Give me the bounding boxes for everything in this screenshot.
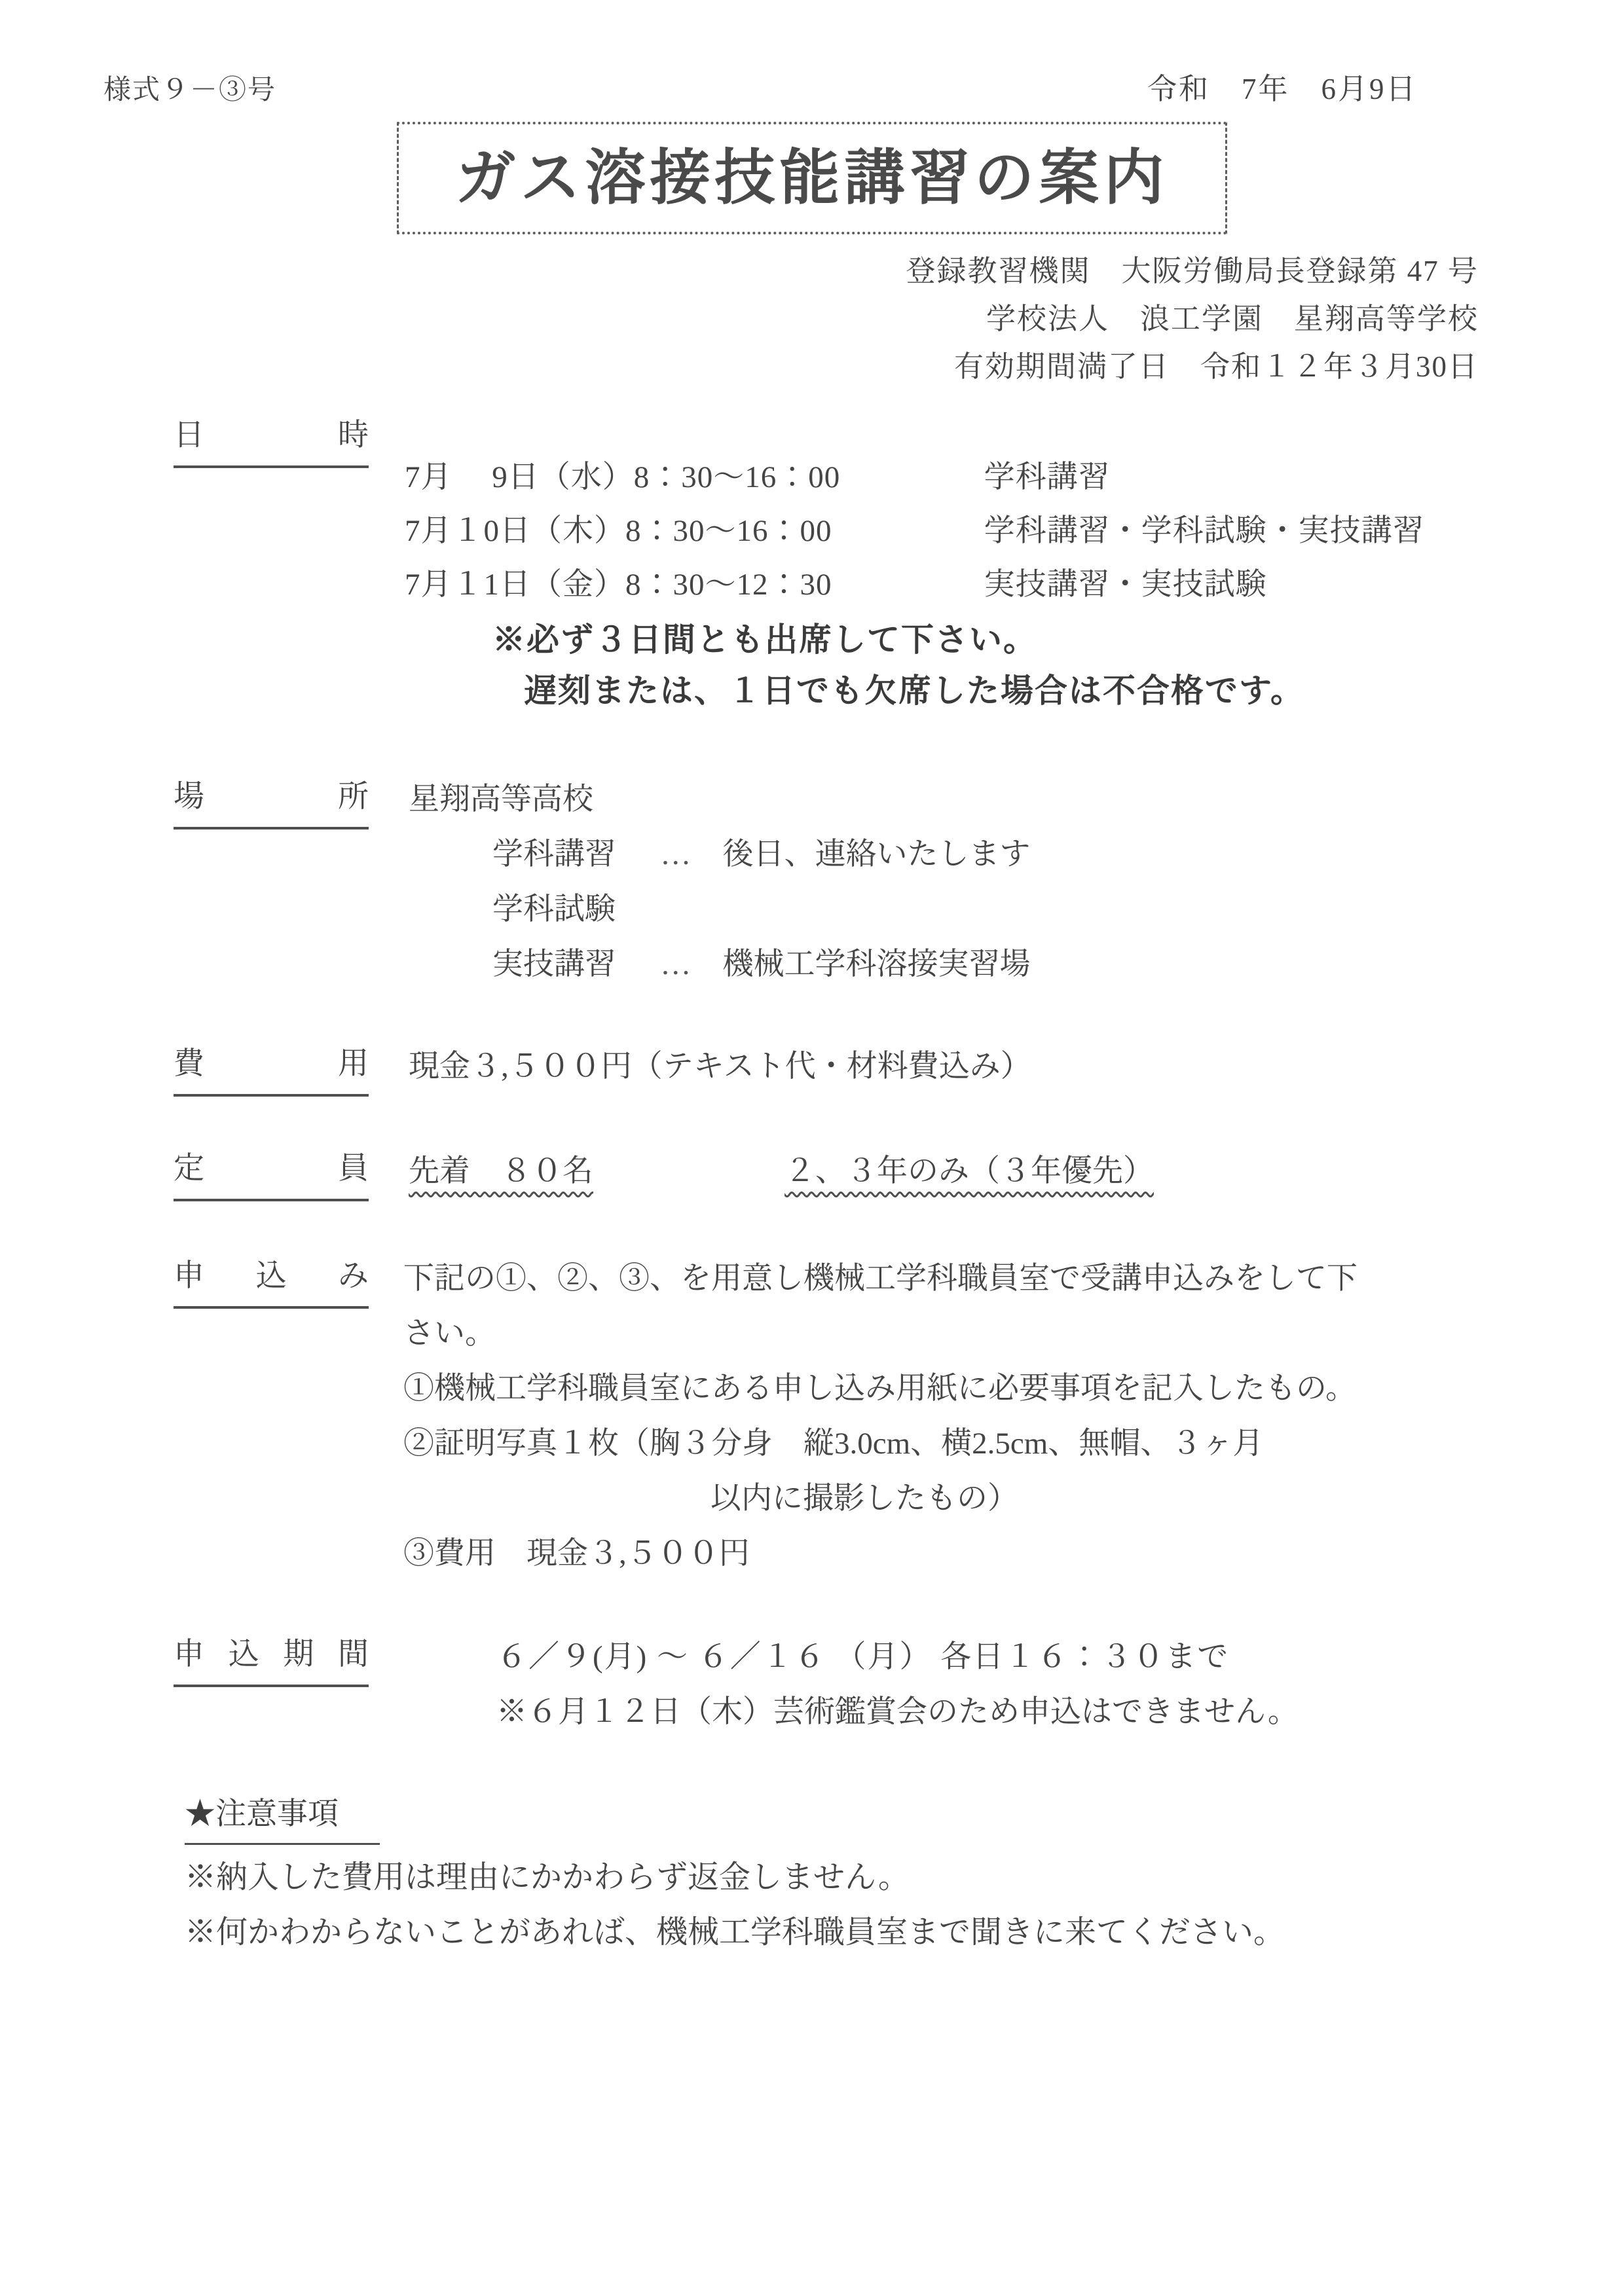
registration-block: 登録教習機関 大阪労働局長登録第 47 号 学校法人 浪工学園 星翔高等学校 有… (906, 247, 1479, 391)
form-number: 様式９－③号 (103, 73, 276, 108)
section-capacity-label-wrap: 定 員 (174, 1150, 369, 1201)
datetime-row-3-subject: 実技講習・実技試験 (984, 566, 1267, 604)
caution-heading-wrap: ★注意事項 (185, 1795, 380, 1845)
caution-heading: ★注意事項 (185, 1795, 380, 1845)
section-application-label: 申 込 み (174, 1257, 369, 1309)
section-place-label-wrap: 場 所 (174, 778, 369, 829)
section-fee-label: 費 用 (174, 1045, 369, 1097)
period-line-1: ６／９(月) ～ ６／１６ （月） 各日１６：３０まで (496, 1638, 1229, 1677)
registration-line-1: 登録教習機関 大阪労働局長登録第 47 号 (906, 247, 1479, 295)
application-item-2a: ②証明写真１枚（胸３分身 縦3.0cm、横2.5cm、無帽、３ヶ月 (403, 1425, 1263, 1463)
place-item-2-name: 学科試験 (492, 890, 629, 929)
issue-date: 令和 7年 6月9日 (1147, 71, 1418, 107)
section-datetime-label: 日 時 (174, 416, 369, 468)
place-item-3-detail: 機械工学科溶接実習場 (723, 947, 1031, 981)
place-item-3-name: 実技講習 (492, 945, 629, 984)
period-line-2: ※６月１２日（木）芸術鑑賞会のため申込はできません。 (496, 1693, 1299, 1732)
section-capacity-label: 定 員 (174, 1150, 369, 1201)
section-datetime-label-wrap: 日 時 (174, 416, 369, 468)
datetime-row-1-time: 7月 9日（水）8：30～16：00 (405, 458, 976, 497)
capacity-value-1: 先着 ８０名 (409, 1152, 593, 1191)
caution-line-2: ※何かわからないことがあれば、機械工学科職員室まで聞きに来てください。 (185, 1913, 1285, 1952)
application-item-2b: 以内に撮影したもの） (710, 1480, 1018, 1518)
capacity-value-2: ２、３年のみ（３年優先） (784, 1152, 1154, 1191)
datetime-row-1: 7月 9日（水）8：30～16：00 学科講習 (405, 458, 1110, 497)
datetime-row-1-subject: 学科講習 (984, 458, 1110, 497)
place-item-1-detail: 後日、連絡いたします (723, 837, 1031, 871)
application-item-1: ①機械工学科職員室にある申し込み用紙に必要事項を記入したもの。 (403, 1370, 1356, 1408)
application-line-2: さい。 (403, 1315, 496, 1353)
fee-value: 現金３,５００円（テキスト代・材料費込み） (409, 1048, 1031, 1086)
datetime-row-3-time: 7月１1日（金）8：30～12：30 (405, 566, 976, 604)
document-title: ガス溶接技能講習の案内 (455, 141, 1168, 216)
section-fee-label-wrap: 費 用 (174, 1045, 369, 1097)
section-period-label-wrap: 申込期間 (174, 1635, 369, 1687)
place-venue: 星翔高等高校 (409, 780, 593, 819)
datetime-row-2-time: 7月１0日（木）8：30～16：00 (405, 512, 976, 551)
caution-line-1: ※納入した費用は理由にかかわらず返金しません。 (185, 1858, 910, 1897)
place-item-1: 学科講習 … 後日、連絡いたします (492, 835, 1031, 874)
attendance-note-1: ※必ず３日間とも出席して下さい。 (492, 619, 1037, 661)
section-application-label-wrap: 申 込 み (174, 1257, 369, 1309)
document-page: 様式９－③号 令和 7年 6月9日 ガス溶接技能講習の案内 登録教習機関 大阪労… (0, 0, 1624, 2296)
datetime-row-3: 7月１1日（金）8：30～12：30 実技講習・実技試験 (405, 566, 1267, 604)
attendance-note-2: 遅刻または、１日でも欠席した場合は不合格です。 (524, 670, 1304, 712)
section-place-label: 場 所 (174, 778, 369, 829)
place-item-1-leader: … (637, 835, 715, 874)
place-item-2: 学科試験 (492, 890, 715, 929)
application-line-1: 下記の①、②、③、を用意し機械工学科職員室で受講申込みをして下 (403, 1260, 1357, 1298)
place-item-3-leader: … (637, 945, 715, 984)
section-period-label: 申込期間 (174, 1635, 369, 1687)
registration-line-2: 学校法人 浪工学園 星翔高等学校 (906, 295, 1479, 343)
place-item-3: 実技講習 … 機械工学科溶接実習場 (492, 945, 1031, 984)
place-item-1-name: 学科講習 (492, 835, 629, 874)
registration-line-3: 有効期間満了日 令和１２年３月30日 (906, 343, 1479, 391)
title-box: ガス溶接技能講習の案内 (397, 122, 1227, 234)
application-item-3: ③費用 現金３,５００円 (403, 1535, 750, 1573)
datetime-row-2-subject: 学科講習・学科試験・実技講習 (984, 512, 1424, 551)
datetime-row-2: 7月１0日（木）8：30～16：00 学科講習・学科試験・実技講習 (405, 512, 1424, 551)
